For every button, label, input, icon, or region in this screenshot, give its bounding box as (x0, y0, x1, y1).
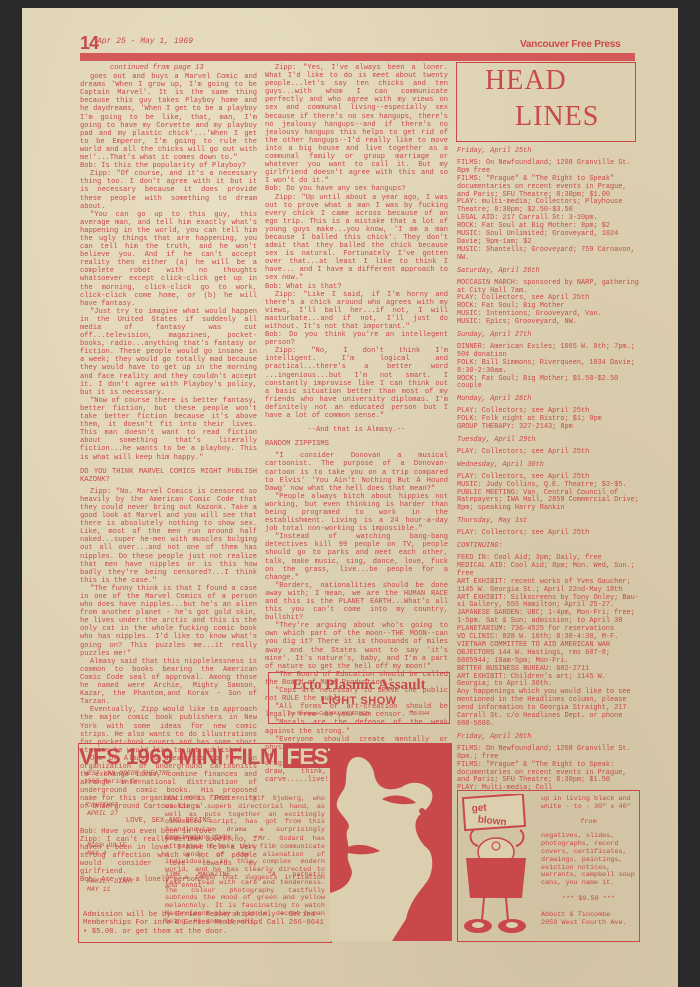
article-paragraph: Zipp: "Like I said, if I'm horny and the… (265, 291, 448, 331)
ecto-booking: For Bookings Call MAX ANDERSON (288, 711, 369, 717)
article-paragraph: "I consider Donovan a musical cartoonist… (265, 452, 448, 492)
headlines-day-heading: Thursday, May 1st (457, 518, 642, 526)
article-paragraph: Bob: Do you have any sex hangups? (265, 185, 448, 193)
headlines-day-heading: Saturday, April 26th (457, 268, 642, 276)
article-paragraph: goes out and buys a Marvel Comic and dre… (80, 73, 257, 162)
headlines-title-1: HEAD (485, 65, 567, 97)
gb-items: negatives, slides, photographs, record c… (541, 833, 636, 888)
headlines-event: MEDICAL AID: Cool Aid; 8pm; Mon. Wed, Su… (457, 563, 642, 579)
article-paragraph: "Now of course there is better fantasy, … (80, 397, 257, 462)
headlines-event: ART EXHIBIT: Silkscreens by Tony Onley; … (457, 595, 642, 611)
header-rule (80, 53, 635, 61)
article-paragraph: Zipp: "Of course, and it's a necessary t… (80, 170, 257, 210)
svg-text:get: get (471, 802, 487, 814)
headlines-event: FILMS: "Prague" & "The Right to Speak" d… (457, 176, 642, 200)
article-paragraph: Almasy said that this nipplelessness is … (80, 658, 257, 707)
article-paragraph: Zipp: "Up until about a year ago, I was … (265, 194, 448, 283)
article-paragraph: "They're arguing about who's going to ow… (265, 622, 448, 671)
ecto-subtitle: LIGHT SHOW (269, 695, 449, 707)
article-paragraph: "Instead of watching bang-bang detective… (265, 533, 448, 582)
continued-note: continued from page 13 (110, 64, 257, 72)
festival-word: FESTIVAL (283, 744, 331, 768)
article-paragraph: Zipp: "Yes, I've always been a loner. Wh… (265, 64, 448, 185)
article-paragraph: Bob: What is that? (265, 283, 448, 291)
film-festival-ad: VFS 1969 MINI FILM FESTIVAL WEST VAN ODE… (78, 743, 332, 943)
headlines-event: MUSIC: Soul Unlimited; Grooveyard, 1024 … (457, 231, 642, 247)
gb-address: 2059 West Fourth Ave. (541, 920, 636, 928)
film-title: CONTEMPTAPRIL 27 (87, 802, 147, 818)
headlines-event: PLAY: multi-media; Collectors; Playhouse… (457, 199, 642, 215)
headlines-title-2: LINES (515, 101, 599, 133)
headlines-event: MOCCASIN MARCH: sponsored by NARP, gathe… (457, 280, 642, 296)
film-title: MISS JULIEMAY 4 (87, 842, 147, 858)
section-heading-zippisms: RANDOM ZIPPISMS (265, 440, 448, 448)
headlines-event: FILMS: On Newfoundland; 1208 Granville S… (457, 746, 642, 762)
cartoon-figure-icon: get blown (460, 794, 540, 939)
headlines-event: Any happenings which you would like to s… (457, 689, 642, 729)
headlines-event: PLAY: Collectors; see April 25th (457, 530, 642, 538)
gb-price: *** $9.50 *** (541, 896, 636, 904)
headlines-event: VIETNAM COMMITTEE TO AID AMERICAN WAR OB… (457, 642, 642, 666)
headlines-event: PLAY: Collectors; see April 25th (457, 449, 642, 457)
headlines-event: MUSIC: Shantells; Grooveyard; 759 Carnav… (457, 247, 642, 263)
ecto-plasmic-ad: Ecto Plasmic Assault LIGHT SHOW For Book… (268, 672, 450, 724)
festival-banner: VFS 1969 MINI FILM FESTIVAL (79, 744, 331, 768)
article-paragraph: "The funny think is that I found a case … (80, 585, 257, 658)
headlines-title-box: HEAD LINES (456, 62, 636, 142)
article-paragraph: "Just try to imagine what would happen i… (80, 308, 257, 397)
headlines-day-heading: Sunday, April 27th (457, 332, 642, 340)
headlines-event: JAPANESE GARDEN: UBC; 1-4pm, Mon-Fri; fr… (457, 610, 642, 626)
headlines-day-heading: Friday, April 25th (457, 148, 642, 156)
article-paragraph: "You can go up to this guy, this average… (80, 211, 257, 308)
festival-venue: WEST VAN ODEON THEATRE 1565 Marine Dr. (84, 770, 170, 785)
headlines-event: FILMS: On Newfoundland; 1208 Granville S… (457, 160, 642, 176)
issue-date: Apr 25 - May 1, 1969 (97, 37, 193, 46)
headlines-listing: Friday, April 25thFILMS: On Newfoundland… (457, 143, 642, 793)
headlines-event: MUSIC: Epics; Grooveyard, NW. (457, 319, 642, 327)
headlines-event: ART EXHIBIT: recent works of Yves Gauche… (457, 579, 642, 595)
gb-line1: up in living black and white - to - 30" … (541, 796, 636, 812)
gb-from: from (541, 819, 636, 827)
headlines-event: ART EXHIBIT: Children's art; 1145 W. Geo… (457, 674, 642, 690)
headlines-event: ROCK: Fat Soul; Big Mother; $1.50-$2.50 … (457, 376, 642, 392)
woman-profile-photo (330, 743, 452, 941)
film-title: FAMILY DIARYMAY 11 (87, 878, 147, 894)
headlines-event: FILMS: "Prague" & "The Right to Speak: d… (457, 762, 642, 786)
article-paragraph: "Borders, nationalities should be done a… (265, 582, 448, 622)
venue-address: 1565 Marine Dr. (84, 778, 170, 786)
headlines-day-heading: Tuesday, April 29th (457, 437, 642, 445)
venue-name: WEST VAN ODEON THEATRE (84, 770, 170, 778)
headlines-day-heading: Friday, April 26th (457, 734, 642, 742)
article-paragraph: Zipp: "No. Marvel Comics is censored so … (80, 488, 257, 585)
festival-banner-text: VFS 1969 MINI FILM (79, 744, 278, 768)
ecto-phone: 738-0944 (408, 711, 429, 717)
headlines-event: PUBLIC MEETING: Van. Central Council of … (457, 490, 642, 514)
headlines-event: FOLK: Bill Simmons; Riverqueen, 1034 Dav… (457, 360, 642, 376)
article-paragraph: Bob: Is this the popularity of Playboy? (80, 162, 257, 170)
article-paragraph: Bob: Do you think you're an intellegent … (265, 331, 448, 347)
headlines-day-heading: CONTINUING: (457, 543, 642, 551)
headlines-day-heading: Wednesday, April 30th (457, 462, 642, 470)
section-heading-marvel: DO YOU THINK MARVEL COMICS MIGHT PUBLISH… (80, 468, 257, 484)
page-number: 14 (80, 33, 98, 54)
headlines-day-heading: Monday, April 28th (457, 396, 642, 404)
ecto-title: Ecto Plasmic Assault (269, 677, 449, 694)
headlines-event: DINNER: American Exiles; 1065 W. 8th; 7p… (457, 344, 642, 360)
get-blown-copy: up in living black and white - to - 30" … (541, 796, 636, 927)
get-blown-ad: get blown up in living black and white -… (457, 790, 640, 942)
article-paragraph: "People always bitch about hippies not w… (265, 493, 448, 533)
publication-name: Vancouver Free Press (520, 39, 621, 50)
headlines-event: GROUP THERAPY: 327-2143; 8pm (457, 424, 642, 432)
article-paragraph: Zipp: "No, I don't think I'm intelligent… (265, 347, 448, 420)
festival-admission-info: Admission will be by Series Memberships … (83, 911, 329, 936)
article-end-note: --And that is Almasy.-- (265, 426, 448, 434)
